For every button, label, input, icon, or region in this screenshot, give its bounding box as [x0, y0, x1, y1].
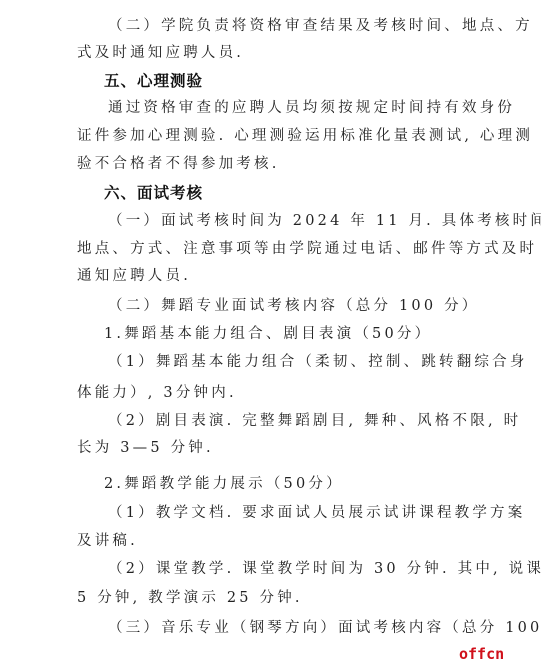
paragraph-line: 验不合格者不得参加考核.: [77, 154, 452, 174]
paragraph-line: 长为 3—5 分钟.: [77, 438, 452, 458]
document-page: （二）学院负责将资格审查结果及考核时间、地点、方 式及时通知应聘人员. 五、心理…: [0, 0, 541, 669]
paragraph-line: （1）舞蹈基本能力组合（柔韧、控制、跳转翻综合身: [108, 352, 483, 372]
paragraph-line: （三）音乐专业（钢琴方向）面试考核内容（总分 100: [108, 618, 483, 638]
section-heading-psychological-test: 五、心理测验: [104, 71, 203, 91]
paragraph-line: 5 分钟, 教学演示 25 分钟.: [77, 588, 452, 608]
paragraph-line: 通过资格审查的应聘人员均须按规定时间持有效身份: [108, 98, 483, 118]
paragraph-line: 地点、方式、注意事项等由学院通过电话、邮件等方式及时: [77, 239, 452, 259]
section-heading-interview: 六、面试考核: [104, 183, 203, 203]
paragraph-line: 通知应聘人员.: [77, 266, 452, 286]
paragraph-line: 体能力）, 3分钟内.: [77, 383, 452, 403]
paragraph-line: （二）学院负责将资格审查结果及考核时间、地点、方: [108, 16, 483, 36]
paragraph-line: 2.舞蹈教学能力展示（50分）: [104, 474, 479, 494]
paragraph-line: （1）教学文档. 要求面试人员展示试讲课程教学方案: [108, 503, 483, 523]
paragraph-line: （2）课堂教学. 课堂教学时间为 30 分钟. 其中, 说课: [108, 559, 483, 579]
offcn-watermark-logo: offcn: [459, 645, 504, 663]
paragraph-line: 1.舞蹈基本能力组合、剧目表演（50分）: [104, 324, 479, 344]
paragraph-line: 式及时通知应聘人员.: [77, 43, 452, 63]
paragraph-line: （2）剧目表演. 完整舞蹈剧目, 舞种、风格不限, 时: [108, 411, 483, 431]
paragraph-line: （二）舞蹈专业面试考核内容（总分 100 分）: [108, 296, 483, 316]
paragraph-line: 及讲稿.: [77, 531, 452, 551]
paragraph-line: （一）面试考核时间为 2024 年 11 月. 具体考核时间、: [108, 211, 483, 231]
paragraph-line: 证件参加心理测验. 心理测验运用标准化量表测试, 心理测: [77, 126, 452, 146]
